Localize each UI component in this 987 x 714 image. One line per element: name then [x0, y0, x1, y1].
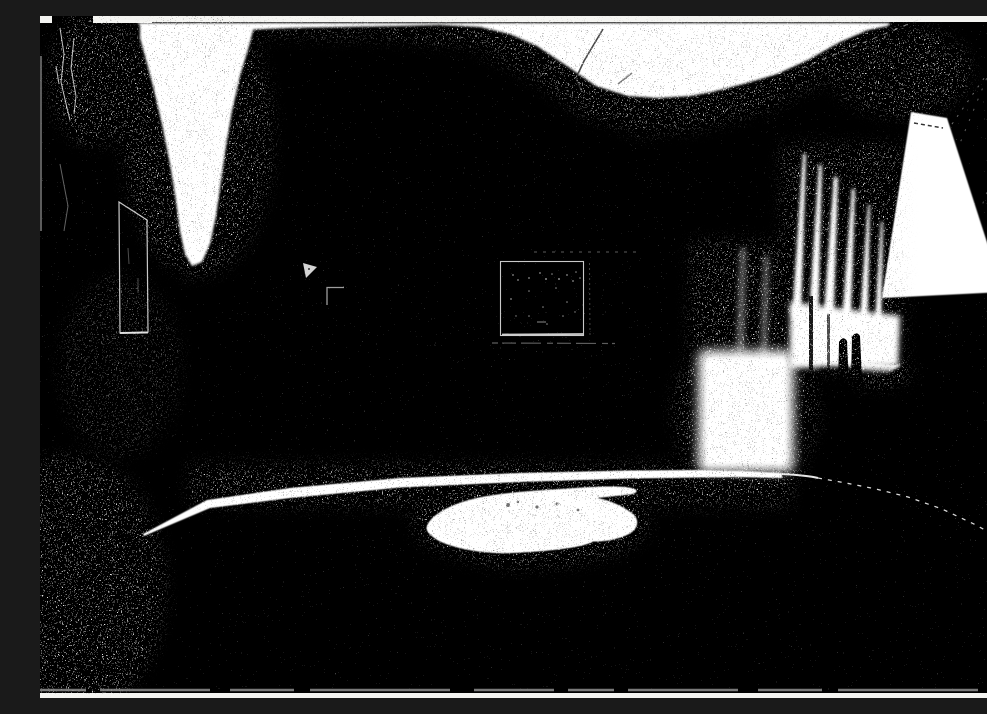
film-grain-global — [40, 23, 987, 690]
photo-bottom-margin — [40, 694, 987, 699]
halftone-photo — [40, 16, 987, 698]
bedroom-photo-canvas — [40, 16, 987, 698]
